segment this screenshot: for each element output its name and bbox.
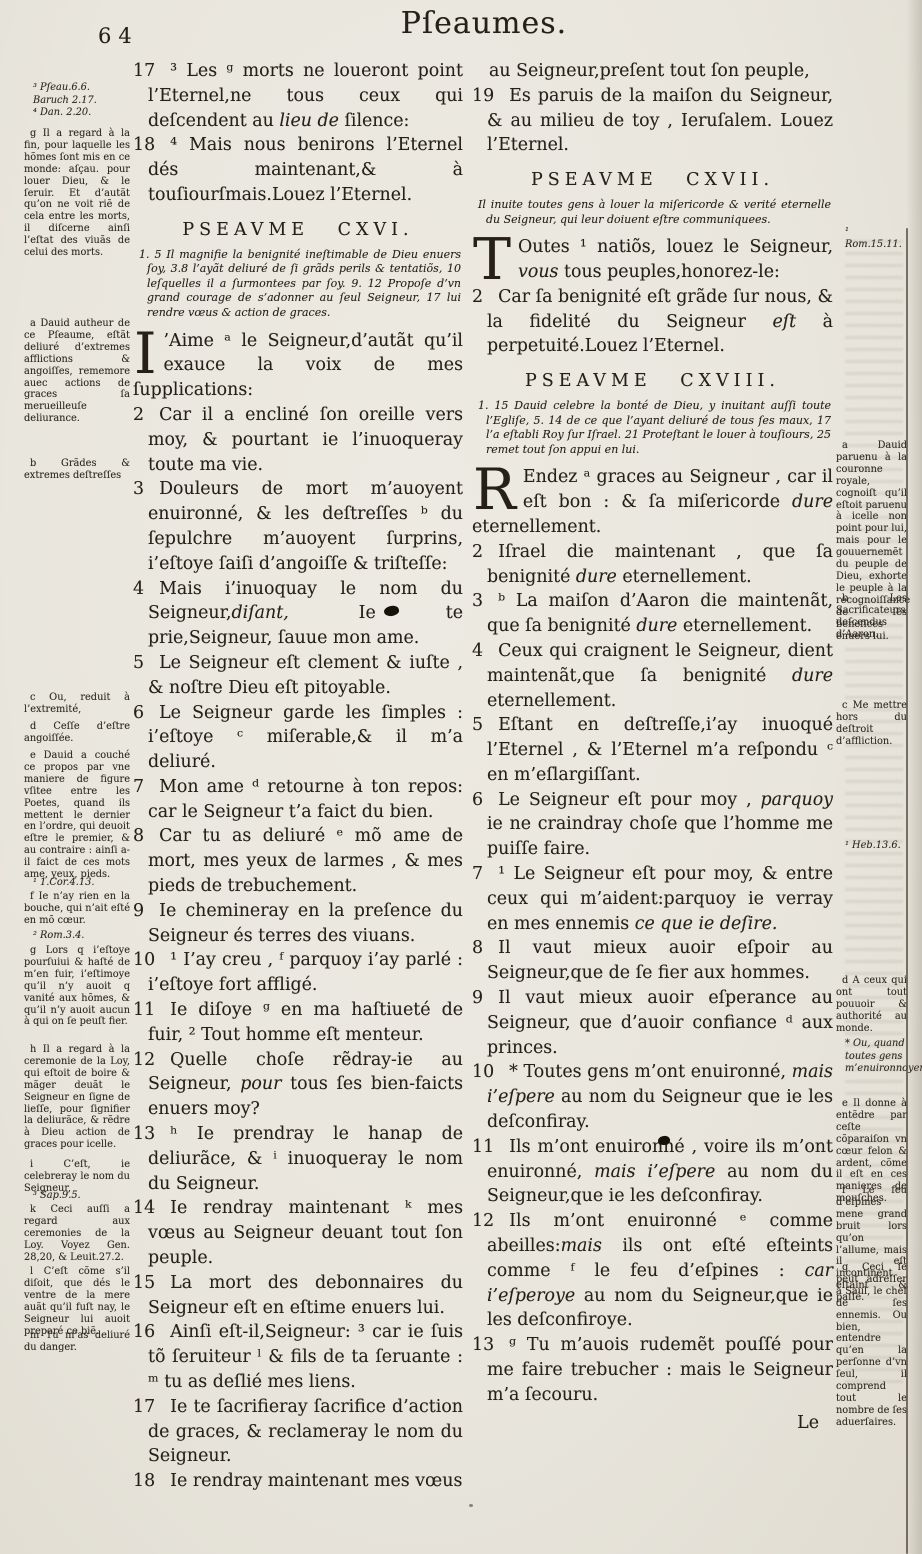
verse: 18⁴ Mais nous benirons l’Eternel dés mai… [133, 133, 463, 207]
margin-note: ³ Pſeau.6.6. Baruch 2.17. ⁴ Dan. 2.20. [24, 82, 130, 120]
text: Ie rendray maintenant mes vœus [170, 1471, 462, 1491]
text: au Seigneur,preſent tout ſon peuple, [489, 61, 810, 81]
verse: 17³ Les ᵍ morts ne loueront point l’Eter… [133, 59, 463, 133]
verse-number: 6 [472, 790, 483, 810]
text: eternellement. [617, 567, 752, 587]
psalm-heading: PSEAVME CXVI. [133, 218, 463, 243]
text: eternellement. [472, 517, 601, 537]
verse: 13ʰ Ie prendray le hanap de deliurãce, &… [133, 1122, 463, 1196]
verse-number: 11 [472, 1137, 494, 1157]
verse: 3Douleurs de mort m’auoyent enuironné, &… [133, 477, 463, 576]
text: Ie te ſacrifieray ſacrifice d’action de … [148, 1397, 463, 1467]
page-edge-shadow [906, 0, 922, 1554]
text: Il vaut mieux auoir eſpoir au Seigneur,q… [487, 938, 833, 983]
verse: 10¹ I’ay creu , ᶠ parquoy i’ay parlé : i… [133, 948, 463, 998]
text: Ceux qui craignent le Seigneur, dient ma… [487, 641, 833, 686]
verse-number: 6 [133, 703, 144, 723]
text: tous peuples,honorez-le: [558, 262, 779, 282]
verse-number: 4 [472, 641, 483, 661]
text: Le Seigneur eſt pour moy , [498, 790, 760, 810]
verse: 6Le Seigneur garde les ſimples : i’eſtoy… [133, 701, 463, 775]
text: ʰ Ie prendray le hanap de deliurãce, & ⁱ… [148, 1124, 463, 1194]
verse: 4Ceux qui craignent le Seigneur, dient m… [472, 639, 833, 713]
verse: 2Car ſa benignité eſt grãde ſur nous, & … [472, 285, 833, 359]
italic-text: dure [636, 616, 677, 636]
verse-number: 19 [472, 86, 494, 106]
text: ⁴ Mais nous benirons l’Eternel dés maint… [148, 135, 463, 205]
verse-number: 3 [133, 479, 144, 499]
verse-number: 10 [472, 1062, 494, 1082]
margin-note: k Ceci auſſi a regard aux ceremonies de … [24, 1204, 130, 1264]
verse-number: 8 [472, 938, 483, 958]
drop-cap: R [472, 465, 523, 513]
italic-text: ce que ie deſire. [635, 914, 778, 934]
verse-number: 12 [472, 1211, 494, 1231]
text: Eſtant en deſtreſſe,i’ay inuoqué l’Etern… [487, 715, 833, 785]
text: ’Aime ᵃ le Seigneur,d’autãt qu’il exauce… [133, 331, 463, 401]
text: Le Seigneur eſt clement & iuſte , & noſt… [148, 653, 463, 698]
verse: 18Ie rendray maintenant mes vœus [133, 1469, 463, 1494]
verse-number: 2 [133, 405, 144, 425]
verse-number: 14 [133, 1198, 155, 1218]
verse: 11Ie diſoye ᵍ en ma haſtiueté de fuir, ²… [133, 998, 463, 1048]
margin-note: ³ Sap.9.5. [24, 1190, 130, 1203]
verse-number: 10 [133, 950, 155, 970]
verse: 7¹ Le Seigneur eſt pour moy, & entre ceu… [472, 862, 833, 936]
verse-number: 4 [133, 579, 144, 599]
verse: 7Mon ame ᵈ retourne à ton repos: car le … [133, 775, 463, 825]
text: Ie diſoye ᵍ en ma haſtiueté de fuir, ² T… [148, 1000, 463, 1045]
text: Es paruis de la maiſon du Seigneur, & au… [487, 86, 833, 156]
verse-number: 3 [472, 591, 483, 611]
verse: 3ᵇ La maiſon d’Aaron die maintenãt, que … [472, 589, 833, 639]
margin-note: h Il a regard à la ceremonie de la Loy, … [24, 1044, 130, 1151]
verse: 17Ie te ſacrifieray ſacrifice d’action d… [133, 1395, 463, 1469]
verse-number: 13 [133, 1124, 155, 1144]
verse-number: 12 [133, 1050, 155, 1070]
verse: 2Iſrael die maintenant , que ſa benignit… [472, 540, 833, 590]
verse-number: 2 [472, 287, 483, 307]
margin-note: l C’eſt cõme s’il diſoit, que dés le ven… [24, 1266, 130, 1337]
drop-cap: I [133, 329, 164, 377]
text: ᵍ Tu m’auois rudemẽt pouſſé pour me fair… [487, 1335, 833, 1405]
verse: 14Ie rendray maintenant ᵏ mes vœus au Se… [133, 1196, 463, 1270]
text: Car tu as deliuré ᵉ mõ ame de mort, mes … [148, 826, 463, 896]
verse: 8Il vaut mieux auoir eſpoir au Seigneur,… [472, 936, 833, 986]
verse: 6Le Seigneur eſt pour moy , parquoy ie n… [472, 788, 833, 862]
margin-note: ¹ 1.Cor.4.13. [24, 877, 130, 890]
verse-continuation: au Seigneur,preſent tout ſon peuple, [472, 59, 833, 84]
left-text-column: 17³ Les ᵍ morts ne loueront point l’Eter… [133, 59, 463, 1494]
verse: 5Le Seigneur eſt clement & iuſte , & noſ… [133, 651, 463, 701]
verse: 4Mais i’inuoquay le nom du Seigneur,diſa… [133, 577, 463, 651]
verse-number: 16 [133, 1322, 155, 1342]
psalm-argument: Il inuite toutes gens à louer la miſeric… [472, 198, 831, 227]
verse-number: 2 [472, 542, 483, 562]
italic-text: lieu de [279, 111, 339, 131]
italic-text: dure [792, 492, 833, 512]
italic-text: eſt [772, 312, 796, 332]
text: ſilence: [339, 111, 409, 131]
text: ¹ I’ay creu , ᶠ parquoy i’ay parlé : i’e… [148, 950, 463, 995]
verse-number: 7 [472, 864, 483, 884]
verse: 9Ie chemineray en la preſence du Seigneu… [133, 899, 463, 949]
verse: 15La mort des debonnaires du Seigneur eſ… [133, 1271, 463, 1321]
psalm-heading: PSEAVME CXVIII. [472, 369, 833, 394]
verse-number: 15 [133, 1273, 155, 1293]
verse-number: 9 [472, 988, 483, 1008]
catchword: Le [472, 1411, 833, 1436]
text: Ie rendray maintenant ᵏ mes vœus au Seig… [148, 1198, 463, 1268]
margin-note: g Il a regard à la fin, pour laquelle le… [24, 128, 130, 259]
margin-note: d Ceſſe d’eſtre angoiſſée. [24, 721, 130, 745]
verso-bleedthrough [845, 240, 903, 1390]
right-text-column: au Seigneur,preſent tout ſon peuple,19Es… [472, 59, 833, 1435]
verse: 19Es paruis de la maiſon du Seigneur, & … [472, 84, 833, 158]
drop-cap: T [472, 235, 518, 283]
verse: 5Eſtant en deſtreſſe,i’ay inuoqué l’Eter… [472, 713, 833, 787]
verse: 11Ils m’ont enuironné , voire ils m’ont … [472, 1135, 833, 1209]
verse-number: 5 [133, 653, 144, 673]
verse: 16Ainſi eſt-il,Seigneur: ³ car ie ſuis t… [133, 1320, 463, 1394]
italic-text: dure [792, 666, 833, 686]
verse: REndez ᵃ graces au Seigneur , car il eſt… [472, 465, 833, 539]
verse: 2Car il a encliné ſon oreille vers moy, … [133, 403, 463, 477]
verse: 9Il vaut mieux auoir eſperance au Seigne… [472, 986, 833, 1060]
text: Mon ame ᵈ retourne à ton repos: car le S… [148, 777, 463, 822]
verse-number: 5 [472, 715, 483, 735]
ink-speck [469, 1504, 473, 1507]
text: Il vaut mieux auoir eſperance au Seigneu… [487, 988, 833, 1058]
psalm-argument: 1. 15 Dauid celebre la bonté de Dieu, y … [472, 399, 831, 457]
text: Outes ¹ natiõs, louez le Seigneur, [518, 237, 833, 257]
page: Pſeaumes. 64 ³ Pſeau.6.6. Baruch 2.17. ⁴… [0, 0, 922, 1554]
left-margin-notes: ³ Pſeau.6.6. Baruch 2.17. ⁴ Dan. 2.20.g … [24, 0, 130, 1554]
italic-text: parquoy [761, 790, 833, 810]
italic-text: pour [240, 1074, 281, 1094]
text: Endez ᵃ graces au Seigneur , car il eſt … [523, 467, 833, 512]
text: ie ne craindray choſe que l’homme me pui… [487, 814, 833, 859]
italic-text: mais i’eſpere [594, 1162, 715, 1182]
verse-number: 9 [133, 901, 144, 921]
italic-text: diſant, [232, 603, 289, 623]
verse: TOutes ¹ natiõs, louez le Seigneur, vous… [472, 235, 833, 285]
verse-number: 8 [133, 826, 144, 846]
margin-note: m Tu m’as deliuré du danger. [24, 1330, 130, 1354]
text: La mort des debonnaires du Seigneur eſt … [148, 1273, 463, 1318]
margin-note: a Dauid autheur de ce Pſeaume, eſtãt del… [24, 318, 130, 425]
verse-number: 17 [133, 61, 155, 81]
text: eternellement. [677, 616, 812, 636]
text: * Toutes gens m’ont enuironné, [509, 1062, 792, 1082]
verse: 12Ils m’ont enuironné ᵉ comme abeilles:m… [472, 1209, 833, 1333]
text: Car il a encliné ſon oreille vers moy, &… [148, 405, 463, 475]
text: eternellement. [487, 691, 616, 711]
italic-text: vous [518, 262, 558, 282]
text: Le Seigneur garde les ſimples : i’eſtoye… [148, 703, 463, 773]
verse-number: 18 [133, 1471, 155, 1491]
verse: 10* Toutes gens m’ont enuironné, mais i’… [472, 1060, 833, 1134]
text: Ie chemineray en la preſence du Seigneur… [148, 901, 463, 946]
verse: 8Car tu as deliuré ᵉ mõ ame de mort, mes… [133, 824, 463, 898]
text: Ainſi eſt-il,Seigneur: ³ car ie ſuis tõ … [148, 1322, 463, 1392]
verse-number: 13 [472, 1335, 494, 1355]
verse-number: 7 [133, 777, 144, 797]
margin-note: g Lors q i’eſtoye pourſuiui & haſté de m… [24, 945, 130, 1028]
verse-number: 17 [133, 1397, 155, 1417]
margin-note: ² Rom.3.4. [24, 930, 130, 943]
verse-number: 11 [133, 1000, 155, 1020]
verse: 13ᵍ Tu m’auois rudemẽt pouſſé pour me fa… [472, 1333, 833, 1407]
margin-note: f Ie n’ay rien en la bouche, qui n’ait e… [24, 891, 130, 927]
psalm-argument: 1. 5 Il magnifie la benignité ineſtimabl… [133, 248, 461, 321]
margin-note: c Ou, reduit à l’extremité, [24, 692, 130, 716]
italic-text: mais [561, 1236, 602, 1256]
text: Douleurs de mort m’auoyent enuironné, & … [148, 479, 463, 573]
verse: 12Quelle choſe rẽdray-ie au Seigneur, po… [133, 1048, 463, 1122]
margin-note: b Grãdes & extremes deſtreſſes [24, 458, 130, 482]
psalm-heading: PSEAVME CXVII. [472, 168, 833, 193]
margin-note: e Dauid a couché ce propos par vne manie… [24, 750, 130, 881]
verse: I’Aime ᵃ le Seigneur,d’autãt qu’il exauc… [133, 329, 463, 403]
italic-text: dure [576, 567, 617, 587]
verse-number: 18 [133, 135, 155, 155]
